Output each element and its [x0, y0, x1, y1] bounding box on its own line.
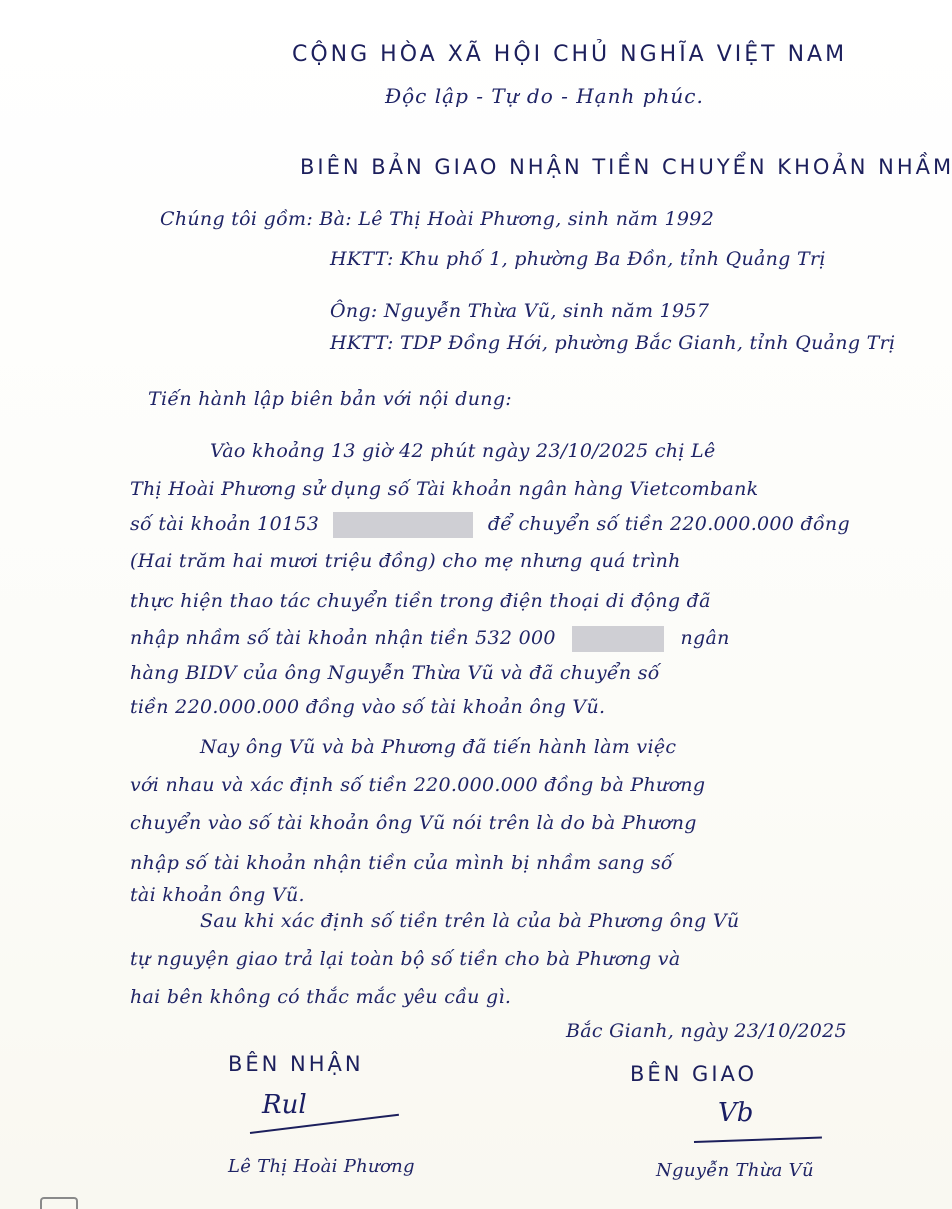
paragraph3-line3: hai bên không có thắc mắc yêu cầu gì.: [130, 986, 511, 1008]
paragraph2-line5: tài khoản ông Vũ.: [130, 884, 305, 906]
giver-name: Nguyễn Thừa Vũ: [656, 1160, 814, 1181]
party-receiver-address: HKTT: Khu phố 1, phường Ba Đồn, tỉnh Quả…: [330, 248, 826, 270]
document-title: BIÊN BẢN GIAO NHẬN TIỀN CHUYỂN KHOẢN NHẦ…: [300, 155, 952, 179]
receiver-name: Lê Thị Hoài Phương: [228, 1156, 415, 1177]
party-giver-line: Ông: Nguyễn Thừa Vũ, sinh năm 1957: [330, 300, 709, 322]
paragraph1-line5: thực hiện thao tác chuyển tiền trong điệ…: [130, 590, 711, 612]
paragraph1-line4: (Hai trăm hai mươi triệu đồng) cho mẹ nh…: [130, 550, 681, 572]
account-number-prefix: số tài khoản 10153: [130, 513, 319, 535]
receiver-label: BÊN NHẬN: [228, 1052, 364, 1076]
national-motto: Độc lập - Tự do - Hạnh phúc.: [385, 84, 704, 108]
paragraph3-line2: tự nguyện giao trả lại toàn bộ số tiền c…: [130, 948, 680, 970]
paragraph1-line7: hàng BIDV của ông Nguyễn Thừa Vũ và đã c…: [130, 662, 660, 684]
paragraph1-line3: số tài khoản 10153 để chuyển số tiền 220…: [130, 512, 850, 538]
paragraph1-line3-rest: để chuyển số tiền 220.000.000 đồng: [488, 513, 850, 535]
receiver-signature: Rul: [262, 1090, 307, 1120]
handwritten-document-page: CỘNG HÒA XÃ HỘI CHỦ NGHĨA VIỆT NAM Độc l…: [0, 0, 952, 1209]
paragraph1-line2: Thị Hoài Phương sử dụng số Tài khoản ngâ…: [130, 478, 758, 500]
paragraph1-line6: nhập nhầm số tài khoản nhận tiền 532 000…: [130, 626, 730, 652]
paragraph3-line1: Sau khi xác định số tiền trên là của bà …: [200, 910, 739, 932]
paragraph2-line4: nhập số tài khoản nhận tiền của mình bị …: [130, 852, 673, 874]
giver-signature-stroke: [694, 1137, 822, 1143]
redacted-account-number: [333, 512, 473, 538]
paragraph2-line2: với nhau và xác định số tiền 220.000.000…: [130, 774, 705, 796]
redacted-recipient-account: [572, 626, 664, 652]
giver-signature: Vb: [718, 1098, 753, 1128]
party-receiver-line: Chúng tôi gồm: Bà: Lê Thị Hoài Phương, s…: [160, 208, 714, 230]
paragraph1-line6-rest: ngân: [680, 627, 729, 649]
paragraph1-line8: tiền 220.000.000 đồng vào số tài khoản ô…: [130, 696, 605, 718]
party-giver-address: HKTT: TDP Đồng Hới, phường Bắc Gianh, tỉ…: [330, 332, 895, 354]
paragraph1-line1: Vào khoảng 13 giờ 42 phút ngày 23/10/202…: [210, 440, 716, 462]
place-and-date: Bắc Gianh, ngày 23/10/2025: [566, 1020, 847, 1042]
national-title: CỘNG HÒA XÃ HỘI CHỦ NGHĨA VIỆT NAM: [292, 42, 847, 67]
intro-line: Tiến hành lập biên bản với nội dung:: [148, 388, 512, 410]
paragraph2-line1: Nay ông Vũ và bà Phương đã tiến hành làm…: [200, 736, 676, 758]
paragraph2-line3: chuyển vào số tài khoản ông Vũ nói trên …: [130, 812, 697, 834]
giver-label: BÊN GIAO: [630, 1062, 757, 1086]
recipient-account-prefix: nhập nhầm số tài khoản nhận tiền 532 000: [130, 627, 556, 649]
cropped-ui-element: [40, 1197, 78, 1209]
